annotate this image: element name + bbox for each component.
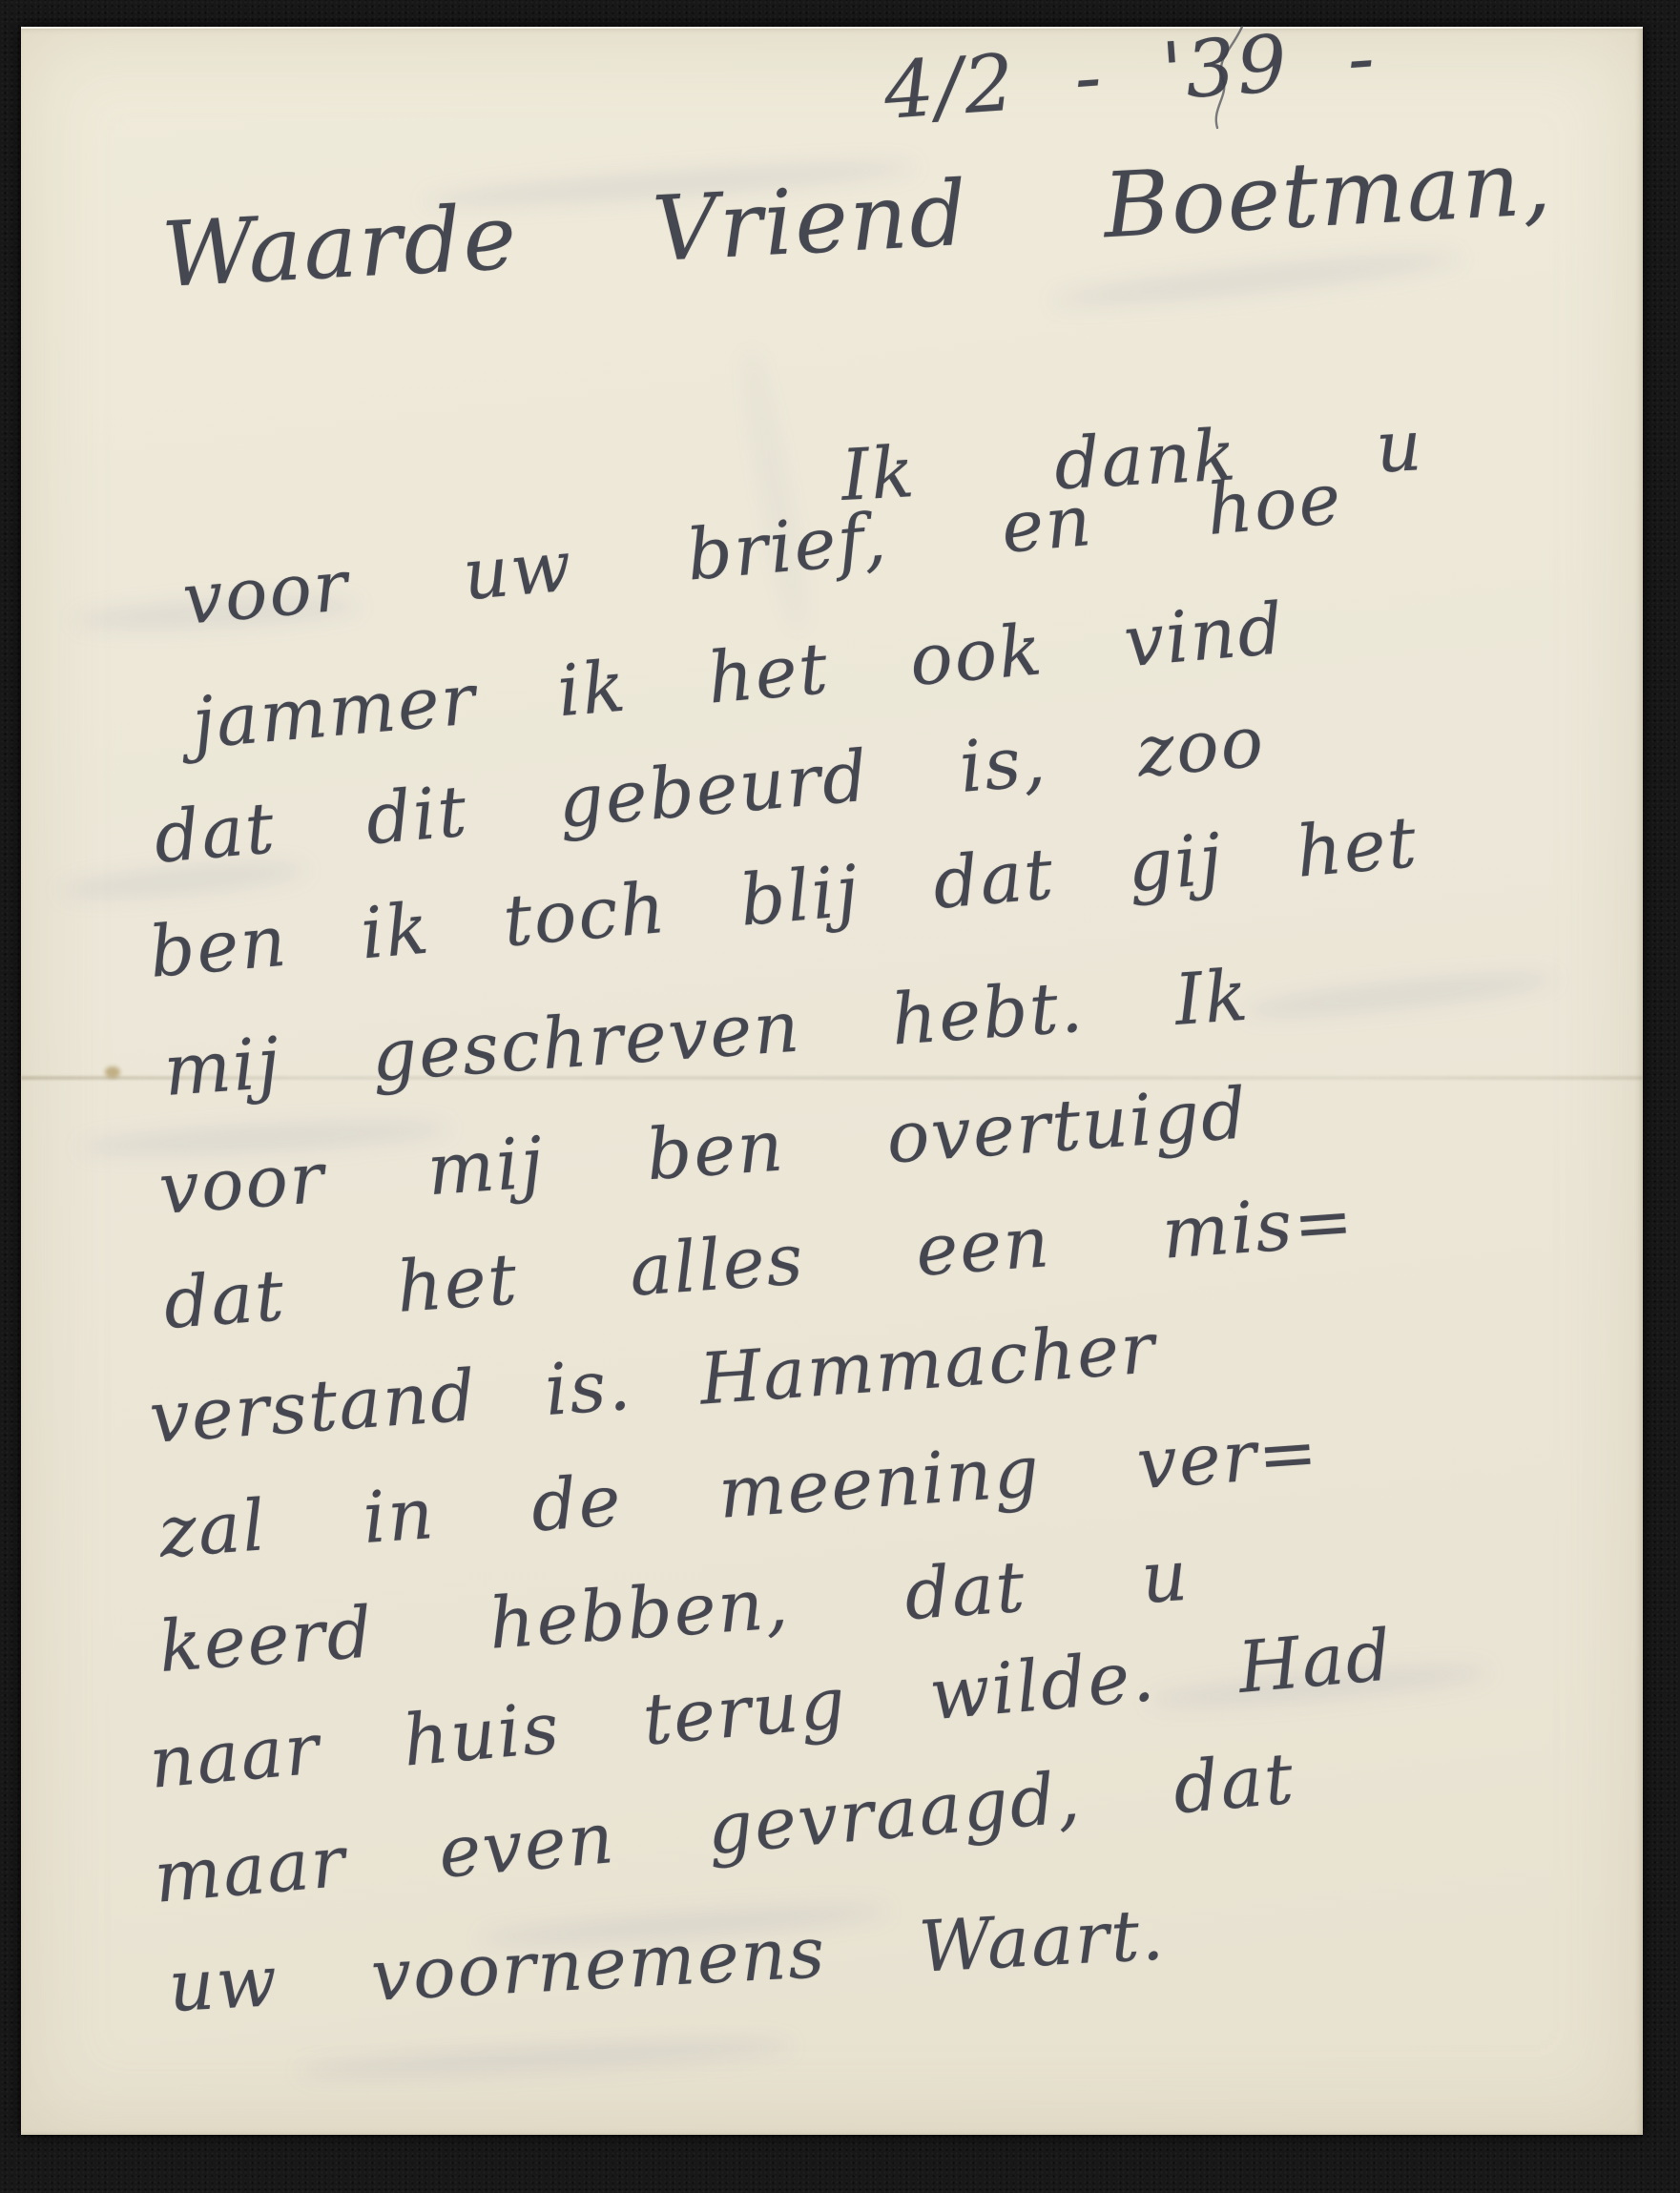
date-line: 4/2 - '39 - <box>881 19 1379 132</box>
show-through-smudge <box>298 2033 795 2083</box>
fold-crease-stain <box>105 1066 120 1078</box>
scan-backdrop: 4/2 - '39 - Waarde Vriend Boetman, Ik da… <box>0 0 1680 2193</box>
show-through-smudge <box>1242 966 1558 1024</box>
letter-page: 4/2 - '39 - Waarde Vriend Boetman, Ik da… <box>21 27 1643 2135</box>
